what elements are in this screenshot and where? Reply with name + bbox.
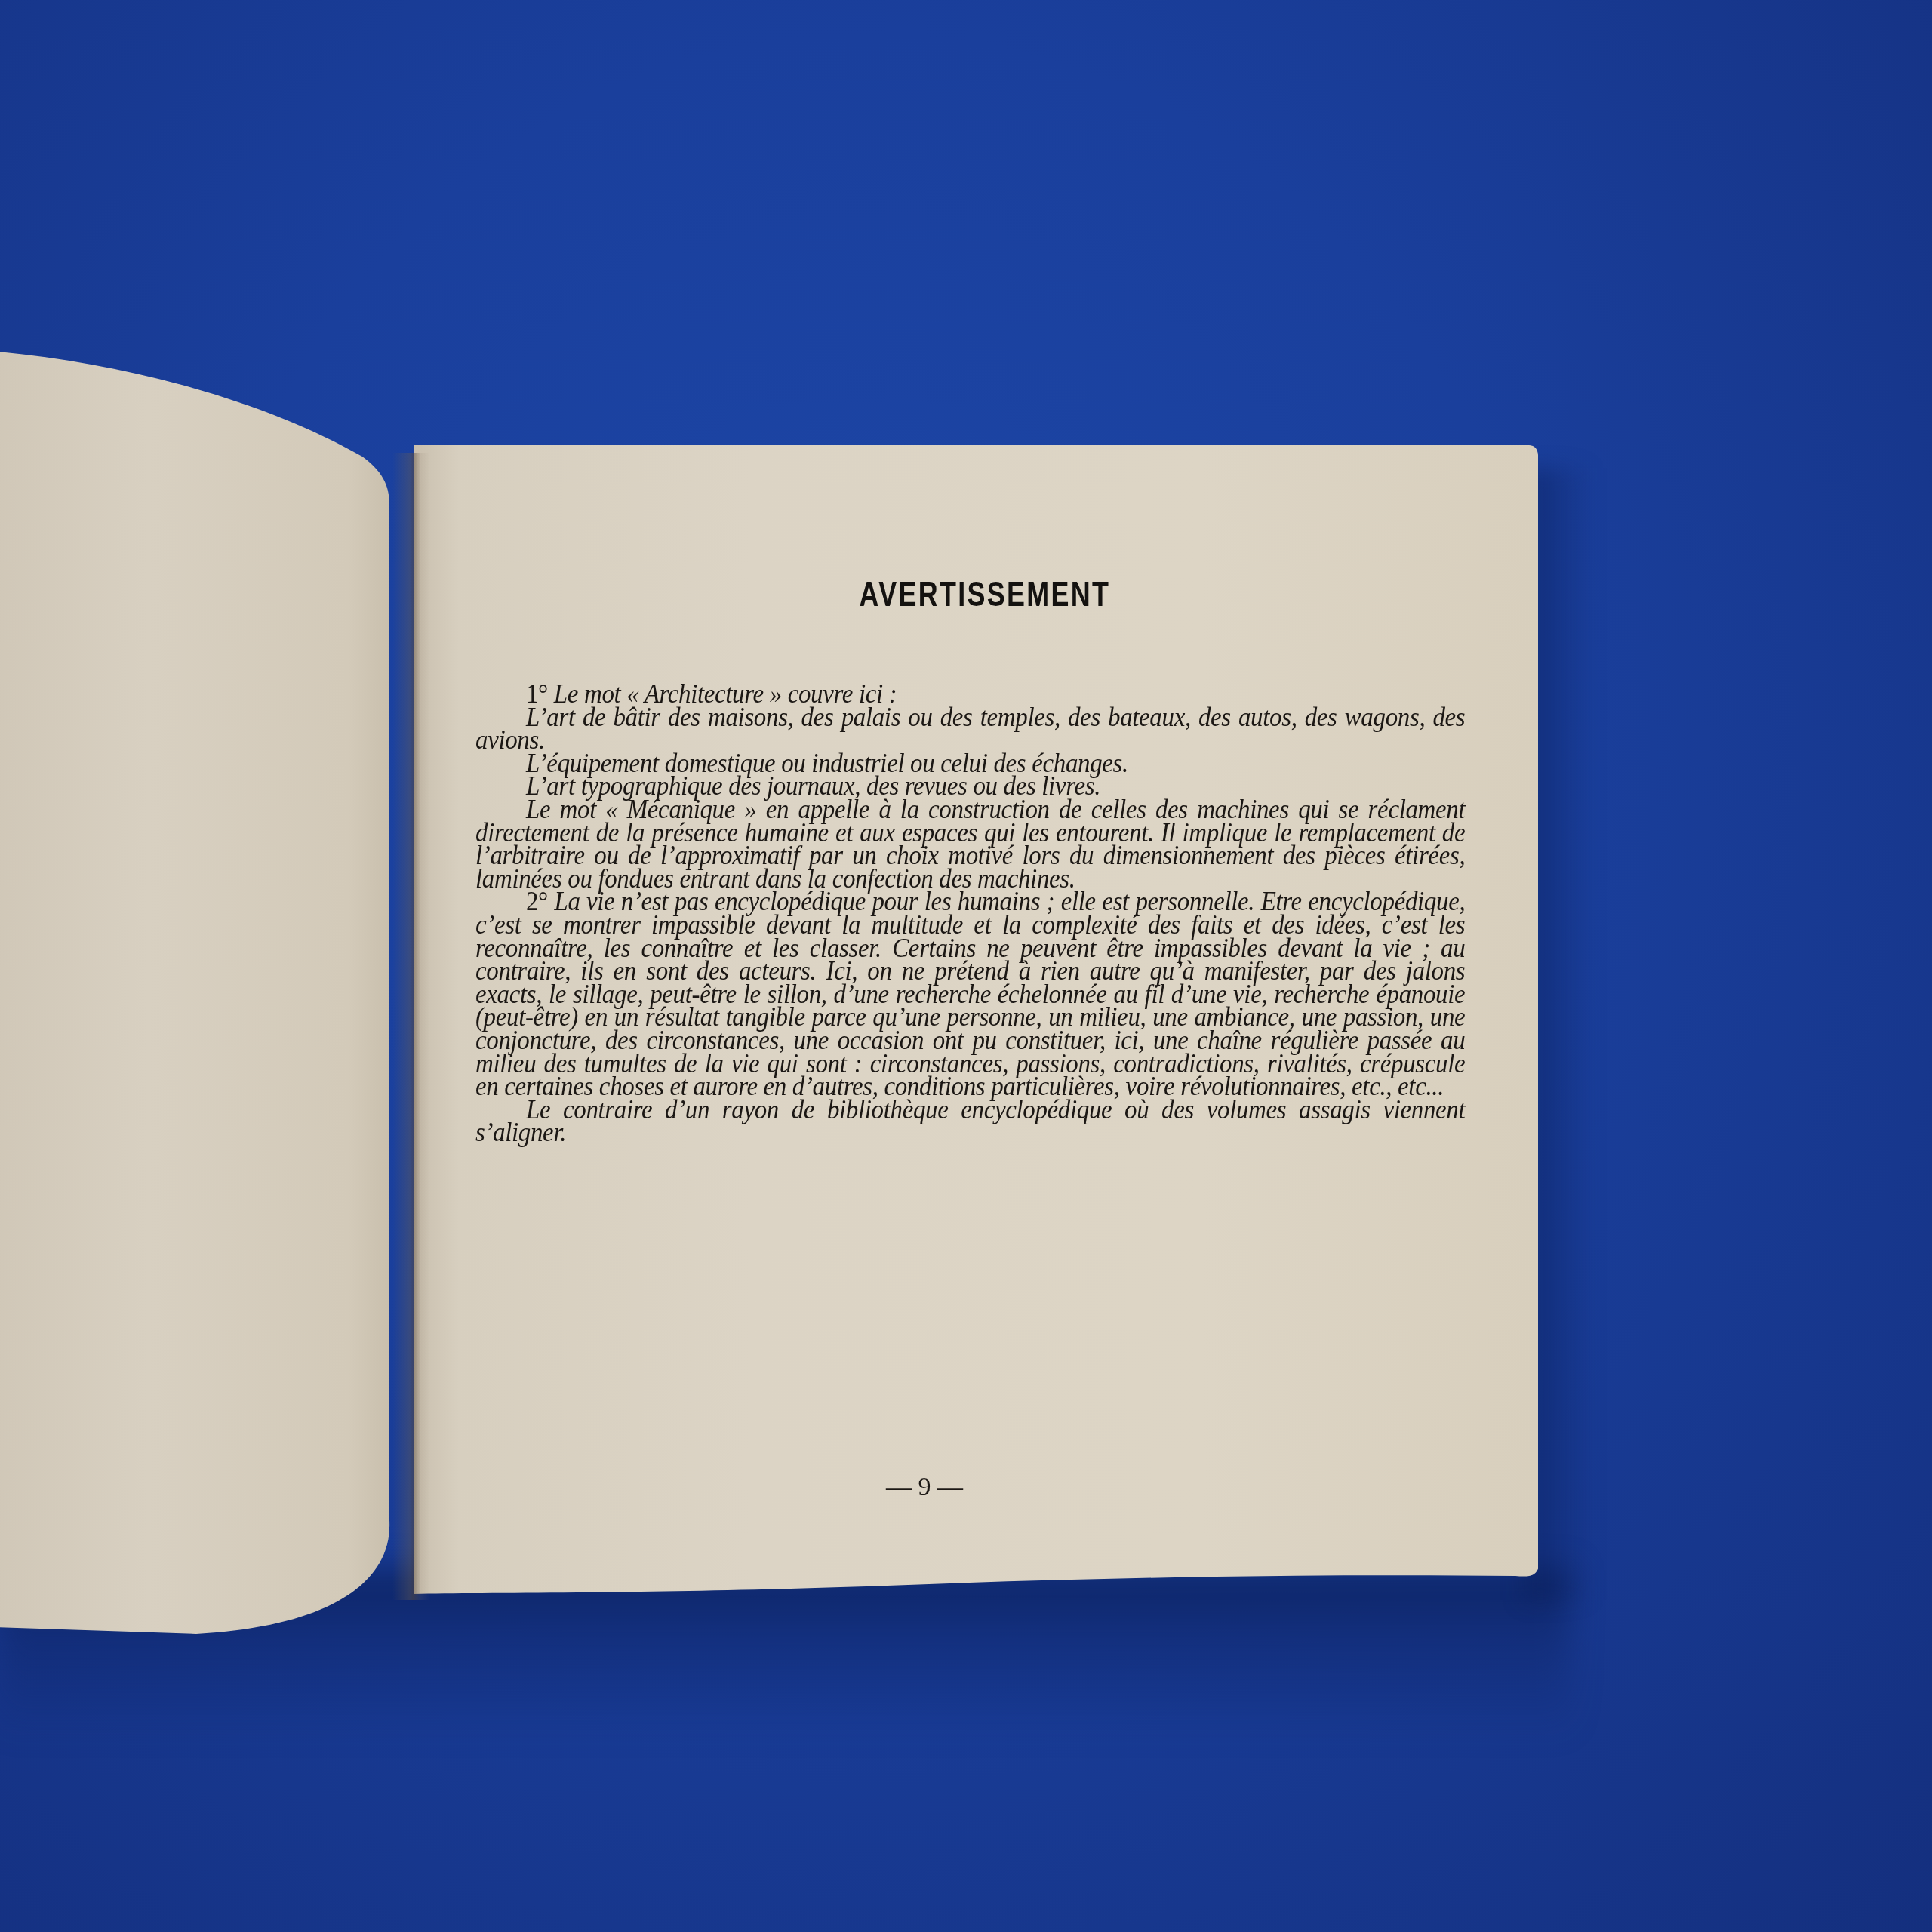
paragraph-5: Le mot « Mécanique » en appelle à la con…	[475, 798, 1465, 890]
page-content: AVERTISSEMENT 1° Le mot « Architecture »…	[475, 574, 1464, 1144]
body-text: 1° Le mot « Architecture » couvre ici : …	[475, 682, 1465, 1144]
paragraph-7: Le contraire d’un rayon de bibliothèque …	[475, 1098, 1465, 1144]
paragraph-2: L’art de bâtir des maisons, des palais o…	[475, 706, 1465, 752]
page-number: — 9 —	[845, 1473, 1004, 1502]
left-page-blank	[0, 343, 415, 1641]
paragraph-6: 2° La vie n’est pas encyclopédique pour …	[475, 890, 1465, 1097]
book-gutter	[392, 453, 430, 1600]
page-title: AVERTISSEMENT	[611, 574, 1359, 614]
